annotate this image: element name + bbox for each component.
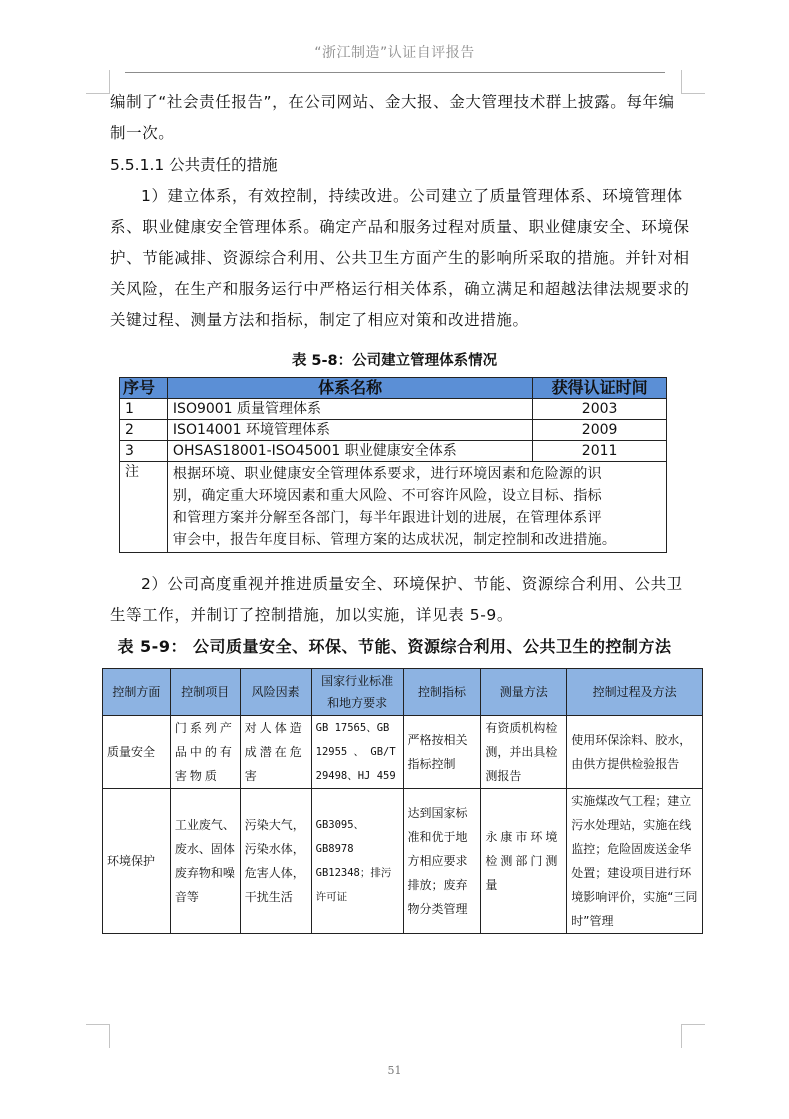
note-line: 根据环境、职业健康安全管理体系要求，进行环境因素和危险源的识 [173,463,661,485]
header-cell: 控制项目 [170,669,240,716]
cell-item: 工业废气、废水、固体废弃物和噪音等 [170,789,240,934]
cell-measure: 永康市环境检测部门测量 [481,789,567,934]
cell-process: 使用环保涂料、胶水，由供方提供检验报告 [567,716,703,789]
corner-mark-bottom-right [681,1024,705,1048]
table-row: 3 OHSAS18001-ISO45001 职业健康安全体系 2011 [120,441,667,462]
text-line: 关键过程、测量方法和指标，制定了相应对策和改进措施。 [110,305,683,336]
note-line: 别，确定重大环境因素和重大风险、不可容许风险，设立目标、指标 [173,485,661,507]
cell-standard: GB 17565、GB 12955 、 GB/T 29498、HJ 459 [311,716,403,789]
text-line: 制一次。 [110,118,683,149]
cell-process: 实施煤改气工程；建立污水处理站，实施在线监控；危险固废送金华处置；建设项目进行环… [567,789,703,934]
cell-name: OHSAS18001-ISO45001 职业健康安全体系 [167,441,532,462]
table-row: 质量安全 门系列产品中的有害物质 对人体造成潜在危害 GB 17565、GB 1… [103,716,703,789]
cell-risk: 对人体造成潜在危害 [240,716,311,789]
cell-indicator: 达到国家标准和优于地方相应要求排放；废弃物分类管理 [403,789,481,934]
text-line: 生等工作，并制订了控制措施，加以实施，详见表 5-9。 [110,600,683,631]
text-line: 2）公司高度重视并推进质量安全、环境保护、节能、资源综合利用、公共卫 [110,569,683,600]
paragraph-2: 2）公司高度重视并推进质量安全、环境保护、节能、资源综合利用、公共卫 生等工作，… [110,569,683,631]
table-5-9: 控制方面 控制项目 风险因素 国家行业标准和地方要求 控制指标 测量方法 控制过… [102,668,703,934]
note-label: 注 [120,462,168,553]
table-5-8: 序号 体系名称 获得认证时间 1 ISO9001 质量管理体系 2003 2 I… [119,377,667,553]
corner-mark-top-left [86,70,110,94]
cell-indicator: 严格按相关指标控制 [403,716,481,789]
header-cell: 体系名称 [167,378,532,399]
text-line: 关风险，在生产和服务运行中严格运行相关体系，确立满足和超越法律法规要求的 [110,274,683,305]
text-line: 护、节能减排、资源综合利用、公共卫生方面产生的影响所采取的措施。并针对相 [110,243,683,274]
note-line: 审会中，报告年度目标、管理方案的达成状况，制定控制和改进措施。 [173,529,661,551]
cell-no: 1 [120,399,168,420]
header-cell: 控制过程及方法 [567,669,703,716]
note-text: 根据环境、职业健康安全管理体系要求，进行环境因素和危险源的识 别，确定重大环境因… [167,462,666,553]
cell-no: 3 [120,441,168,462]
table-row: 环境保护 工业废气、废水、固体废弃物和噪音等 污染大气，污染水体，危害人体，干扰… [103,789,703,934]
corner-mark-bottom-left [86,1024,110,1048]
header-rule [125,72,665,73]
cell-standard: GB3095、GB8978 GB12348；排污许可证 [311,789,403,934]
section-heading: 5.5.1.1 公共责任的措施 [110,150,278,181]
text-line: 1）建立体系，有效控制，持续改进。公司建立了质量管理体系、环境管理体 [110,181,683,212]
table-5-8-caption: 表 5-8：公司建立管理体系情况 [0,349,789,370]
header-cell: 控制方面 [103,669,171,716]
cell-item: 门系列产品中的有害物质 [170,716,240,789]
cell-name: ISO9001 质量管理体系 [167,399,532,420]
header-cell: 国家行业标准和地方要求 [311,669,403,716]
header-cell: 序号 [120,378,168,399]
text-line: 编制了“社会责任报告”，在公司网站、金大报、金大管理技术群上披露。每年编 [110,87,683,118]
cell-year: 2011 [533,441,667,462]
cell-aspect: 环境保护 [103,789,171,934]
header-cell: 测量方法 [481,669,567,716]
cell-measure: 有资质机构检测，并出具检测报告 [481,716,567,789]
table-row: 1 ISO9001 质量管理体系 2003 [120,399,667,420]
table-row: 2 ISO14001 环境管理体系 2009 [120,420,667,441]
intro-paragraph: 编制了“社会责任报告”，在公司网站、金大报、金大管理技术群上披露。每年编 制一次… [110,87,683,149]
table-header-row: 控制方面 控制项目 风险因素 国家行业标准和地方要求 控制指标 测量方法 控制过… [103,669,703,716]
cell-year: 2003 [533,399,667,420]
header-cell: 风险因素 [240,669,311,716]
corner-mark-top-right [681,70,705,94]
cell-name: ISO14001 环境管理体系 [167,420,532,441]
cell-risk: 污染大气，污染水体，危害人体，干扰生活 [240,789,311,934]
running-header: “浙江制造”认证自评报告 [0,42,789,62]
table-note-row: 注 根据环境、职业健康安全管理体系要求，进行环境因素和危险源的识 别，确定重大环… [120,462,667,553]
header-cell: 控制指标 [403,669,481,716]
header-cell: 获得认证时间 [533,378,667,399]
table-5-9-caption: 表 5-9： 公司质量安全、环保、节能、资源综合利用、公共卫生的控制方法 [0,634,789,657]
cell-aspect: 质量安全 [103,716,171,789]
cell-no: 2 [120,420,168,441]
paragraph-1: 1）建立体系，有效控制，持续改进。公司建立了质量管理体系、环境管理体 系、职业健… [110,181,683,336]
page-number: 51 [0,1064,789,1077]
cell-year: 2009 [533,420,667,441]
table-header-row: 序号 体系名称 获得认证时间 [120,378,667,399]
text-line: 系、职业健康安全管理体系。确定产品和服务过程对质量、职业健康安全、环境保 [110,212,683,243]
note-line: 和管理方案并分解至各部门，每半年跟进计划的进展，在管理体系评 [173,507,661,529]
